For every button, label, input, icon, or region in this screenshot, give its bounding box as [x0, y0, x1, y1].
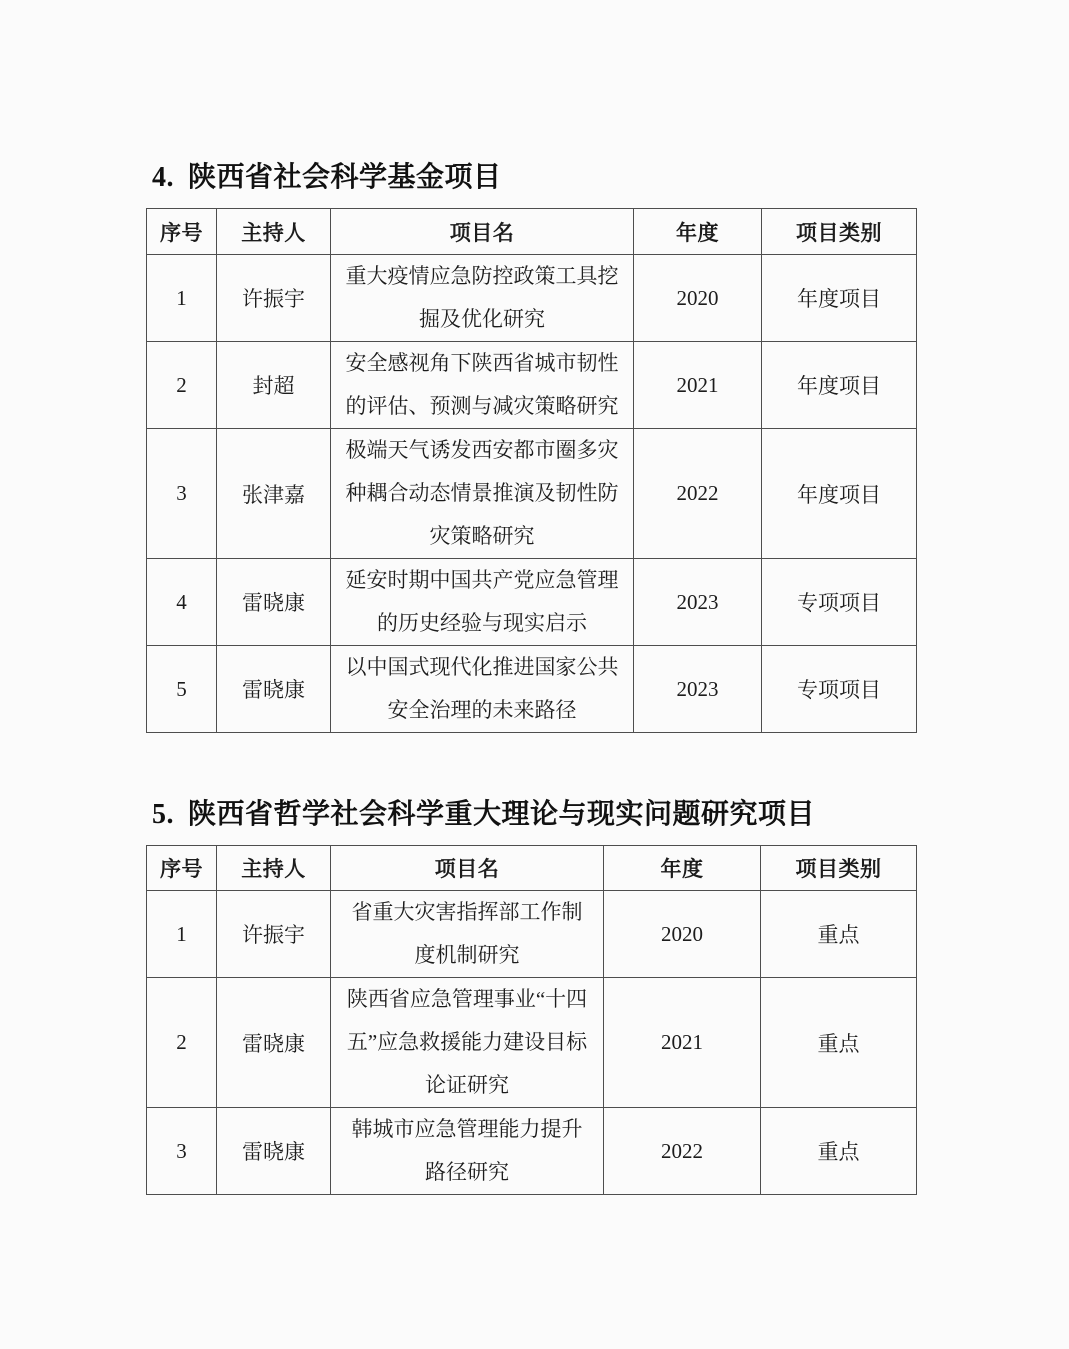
cell-project: 延安时期中国共产党应急管理 的历史经验与现实启示 — [331, 559, 634, 646]
cell-index: 1 — [147, 255, 217, 342]
cell-project: 省重大灾害指挥部工作制 度机制研究 — [331, 891, 604, 978]
cell-category: 年度项目 — [762, 429, 917, 559]
section-number: 5. — [152, 799, 174, 830]
table-row: 2 雷晓康 陕西省应急管理事业“十四 五”应急救援能力建设目标 论证研究 202… — [147, 978, 917, 1108]
cell-year: 2021 — [634, 342, 762, 429]
cell-host: 封超 — [217, 342, 331, 429]
cell-index: 2 — [147, 978, 217, 1108]
cell-year: 2023 — [634, 559, 762, 646]
col-header-year: 年度 — [604, 846, 761, 891]
cell-host: 张津嘉 — [217, 429, 331, 559]
col-header-host: 主持人 — [217, 209, 331, 255]
projects-table-5: 序号 主持人 项目名 年度 项目类别 1 许振宇 省重大灾害指挥部工作制 度机制… — [146, 845, 917, 1195]
cell-category: 重点 — [761, 891, 917, 978]
table-header-row: 序号 主持人 项目名 年度 项目类别 — [147, 209, 917, 255]
table-row: 5 雷晓康 以中国式现代化推进国家公共 安全治理的未来路径 2023 专项项目 — [147, 646, 917, 733]
section-5: 5.陕西省哲学社会科学重大理论与现实问题研究项目 序号 主持人 项目名 年度 项… — [146, 799, 916, 1195]
projects-table-4: 序号 主持人 项目名 年度 项目类别 1 许振宇 重大疫情应急防控政策工具挖 掘… — [146, 208, 917, 733]
cell-category: 专项项目 — [762, 559, 917, 646]
cell-project: 重大疫情应急防控政策工具挖 掘及优化研究 — [331, 255, 634, 342]
cell-index: 3 — [147, 1108, 217, 1195]
cell-project: 极端天气诱发西安都市圈多灾 种耦合动态情景推演及韧性防 灾策略研究 — [331, 429, 634, 559]
cell-host: 雷晓康 — [217, 559, 331, 646]
section-title: 陕西省哲学社会科学重大理论与现实问题研究项目 — [188, 799, 815, 830]
cell-project: 以中国式现代化推进国家公共 安全治理的未来路径 — [331, 646, 634, 733]
col-header-category: 项目类别 — [761, 846, 917, 891]
section-heading: 5.陕西省哲学社会科学重大理论与现实问题研究项目 — [146, 799, 916, 831]
section-4: 4.陕西省社会科学基金项目 序号 主持人 项目名 年度 项目类别 1 许振宇 重… — [146, 162, 916, 733]
cell-index: 3 — [147, 429, 217, 559]
cell-host: 许振宇 — [217, 891, 331, 978]
cell-year: 2020 — [634, 255, 762, 342]
cell-index: 4 — [147, 559, 217, 646]
table-row: 3 雷晓康 韩城市应急管理能力提升 路径研究 2022 重点 — [147, 1108, 917, 1195]
col-header-project: 项目名 — [331, 846, 604, 891]
cell-index: 5 — [147, 646, 217, 733]
col-header-year: 年度 — [634, 209, 762, 255]
cell-year: 2022 — [634, 429, 762, 559]
document-page: 4.陕西省社会科学基金项目 序号 主持人 项目名 年度 项目类别 1 许振宇 重… — [0, 0, 1069, 1349]
cell-project: 安全感视角下陕西省城市韧性 的评估、预测与减灾策略研究 — [331, 342, 634, 429]
table-header-row: 序号 主持人 项目名 年度 项目类别 — [147, 846, 917, 891]
cell-project: 陕西省应急管理事业“十四 五”应急救援能力建设目标 论证研究 — [331, 978, 604, 1108]
cell-category: 年度项目 — [762, 342, 917, 429]
table-row: 4 雷晓康 延安时期中国共产党应急管理 的历史经验与现实启示 2023 专项项目 — [147, 559, 917, 646]
col-header-project: 项目名 — [331, 209, 634, 255]
table-row: 1 许振宇 重大疫情应急防控政策工具挖 掘及优化研究 2020 年度项目 — [147, 255, 917, 342]
col-header-index: 序号 — [147, 846, 217, 891]
table-row: 1 许振宇 省重大灾害指挥部工作制 度机制研究 2020 重点 — [147, 891, 917, 978]
section-heading: 4.陕西省社会科学基金项目 — [146, 162, 916, 194]
cell-category: 专项项目 — [762, 646, 917, 733]
table-row: 3 张津嘉 极端天气诱发西安都市圈多灾 种耦合动态情景推演及韧性防 灾策略研究 … — [147, 429, 917, 559]
cell-index: 1 — [147, 891, 217, 978]
cell-category: 年度项目 — [762, 255, 917, 342]
col-header-index: 序号 — [147, 209, 217, 255]
cell-year: 2020 — [604, 891, 761, 978]
cell-year: 2022 — [604, 1108, 761, 1195]
cell-project: 韩城市应急管理能力提升 路径研究 — [331, 1108, 604, 1195]
cell-host: 雷晓康 — [217, 978, 331, 1108]
table-row: 2 封超 安全感视角下陕西省城市韧性 的评估、预测与减灾策略研究 2021 年度… — [147, 342, 917, 429]
cell-category: 重点 — [761, 1108, 917, 1195]
col-header-category: 项目类别 — [762, 209, 917, 255]
cell-year: 2021 — [604, 978, 761, 1108]
section-title: 陕西省社会科学基金项目 — [188, 162, 502, 193]
cell-host: 雷晓康 — [217, 646, 331, 733]
cell-host: 雷晓康 — [217, 1108, 331, 1195]
section-number: 4. — [152, 162, 174, 193]
cell-category: 重点 — [761, 978, 917, 1108]
col-header-host: 主持人 — [217, 846, 331, 891]
cell-index: 2 — [147, 342, 217, 429]
cell-host: 许振宇 — [217, 255, 331, 342]
cell-year: 2023 — [634, 646, 762, 733]
